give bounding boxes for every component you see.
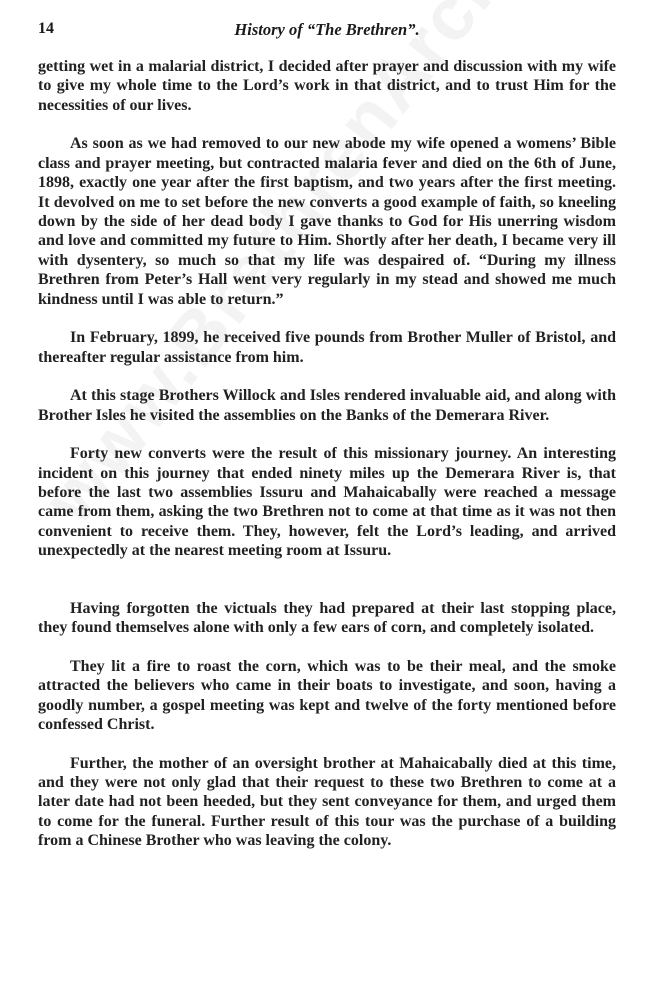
paragraph-demerara-visit: At this stage Brothers Willock and Isles… (38, 386, 616, 425)
paragraph-muller-support: In February, 1899, he received five poun… (38, 328, 616, 367)
paragraph-funeral-building: Further, the mother of an oversight brot… (38, 754, 616, 851)
paragraph-forty-converts: Forty new converts were the result of th… (38, 444, 616, 560)
paragraph-continuation: getting wet in a malarial district, I de… (38, 57, 616, 115)
running-title: History of “The Brethren”. (38, 20, 616, 40)
page-header: 14 History of “The Brethren”. (38, 20, 616, 42)
paragraph-roast-corn: They lit a fire to roast the corn, which… (38, 657, 616, 735)
paragraph-forgotten-victuals: Having forgotten the victuals they had p… (38, 599, 616, 638)
paragraph-wife-death: As soon as we had removed to our new abo… (38, 134, 616, 309)
page-body: getting wet in a malarial district, I de… (38, 57, 616, 870)
